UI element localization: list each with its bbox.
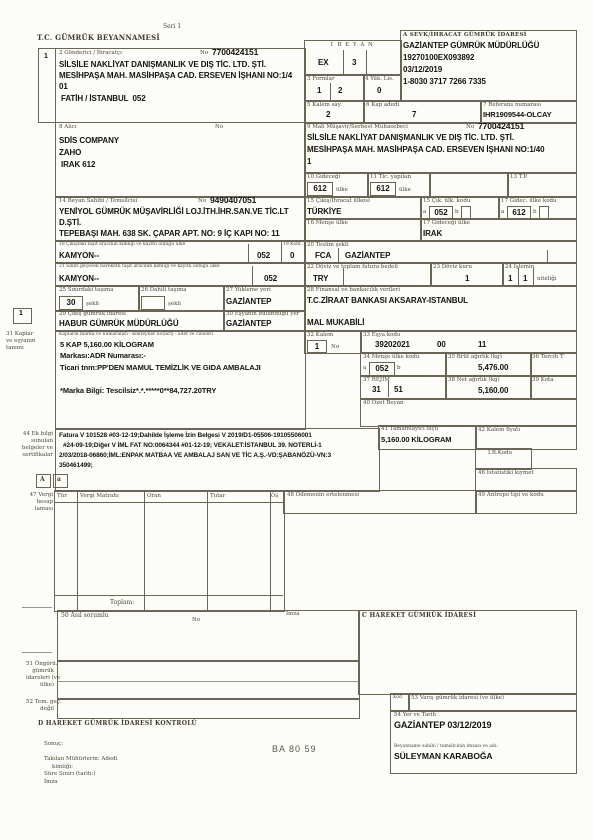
boxC-label: C HAREKET GÜMRÜK İDARESİ [362,612,476,620]
boxA-label: A SEVK/İHRACAT GÜMRÜK İDARESİ [403,32,527,39]
box53-label: 53 Varış gümrük idaresi (ve ülke) [411,695,504,702]
box9-line1: SİLSİLE NAKLİYAT DANIŞMANLIK VE DIŞ TİC.… [307,133,514,142]
box32-no-label: No [331,344,339,351]
box52-side-label: 52 Tem. geç.değil [26,699,54,713]
box9-no-label: No [466,124,474,131]
box44-line3: 2/03/2018-06860;İML:ENPAK MATBAA VE AMBA… [59,452,331,459]
box1-divider2 [366,50,367,74]
box2-label: 2 Gönderici / İhracatçı [59,50,122,57]
box18-divider [248,244,249,262]
box34-label: 34 Menşe ülke kodu [363,354,419,361]
box17-value: IRAK [423,229,442,238]
box3-value2: 2 [338,86,342,95]
box28-line1: T.C.ZİRAAT BANKASI AKSARAY-ISTANBUL [307,296,468,305]
box51-side3: idareleri (ve [26,675,60,681]
box17-label: 17 Gideceği ülke [423,220,470,227]
box6-value: 7 [412,110,416,119]
box43-label: İ.B.Kodu [488,450,512,457]
box28-label: 28 Finansal ve bankacılık verileri [307,287,400,294]
box37-divider [388,381,389,397]
box9-line3: 1 [307,157,311,166]
box51-side-label: 51 Öngörü.gümrükidareleri (veülke) [26,661,54,690]
margin-dash-1 [22,607,52,608]
box44-side-label: 44 Ek bilgisunulanbelgeler vesertifikala… [8,431,53,460]
box44-side4: sertifikalar [22,452,53,458]
box27-label: 27 Yükleme yeri [226,287,271,294]
box7-label: 7 Referans numarası [483,102,541,109]
box47-side1: 47 Vergi [30,492,53,498]
box15-label: 15 Çıkış/İhracat ülkesi [307,198,370,205]
box31-line4: *Marka Bilgi: Tescilsiz*.*.*****0**84,72… [60,386,216,395]
box2-no-value: 7700424151 [212,47,258,57]
box23-value: 1 [465,274,469,283]
box4-value: 0 [377,86,381,95]
tax-col-os: ÖŞ [271,493,279,499]
box26-empty-cell [141,296,165,310]
boxD-signature-label: İmza [44,779,58,786]
box34-a: a [363,365,366,372]
boxC-departure-office [358,610,577,695]
box30-value: GAZİANTEP [226,319,271,328]
tax-col-amount: Tutar [210,493,225,500]
tax-table-col4-line [270,490,271,610]
box24-value1: 1 [508,274,512,283]
box10-suffix: ülke [336,187,348,194]
tax-col-rate: Oran [147,493,161,500]
box54-sign-label: Beyanname sahibi / temsilcinin imzası ve… [394,744,498,750]
box18-country-code: 052 [257,251,270,260]
box17a-a: a [501,209,504,216]
box14-line2: D.ŞTİ. [59,218,81,227]
box33-value2: 00 [437,340,446,349]
box16-label: 16 Menşe ülke [307,220,348,227]
box26-suffix: şekli [168,301,181,308]
box32-label: 32 Kalem [307,332,333,339]
box51-transit-offices [57,660,360,700]
box49-label: 49 Antrepo tipi ve kodu [478,492,544,499]
box31-side1: 31 Kaplar [6,331,33,337]
kod-label: Kod [393,695,402,701]
box14-no-label: No [198,198,206,205]
margin-dash-2 [22,652,52,653]
box31-side3: tanımı [6,345,24,351]
box50-no-label: No [192,617,200,624]
boxA-date: 03/12/2019 [403,65,442,74]
tax-table-col1-line [77,490,78,610]
item-marker: 1 [19,310,23,317]
box29-value: HABUR GÜMRÜK MÜDÜRLÜĞÜ [59,319,179,328]
box14-no-value: 9490407051 [210,195,256,205]
box2-no-label: No [200,50,208,57]
tax-table-col2-line [144,490,145,610]
box4-label: 4 Yük. Lis. [365,76,394,83]
box23-label: 23 Döviz kuru [433,264,472,271]
box20-divider2 [547,250,548,262]
box2-line3: 01 [59,82,68,91]
box44-side1: 44 Ek bilgi [23,431,53,437]
box11-suffix: ülke [399,187,411,194]
box24-label: 24 İşlemin [505,264,534,271]
box44-line1: Fatura V 101528 #03-12-19;Dahilde İşleme… [59,432,312,439]
box2-line1: SİLSİLE NAKLİYAT DANIŞMANLIK VE DIŞ TİC.… [59,60,266,69]
boxA-registration-number: 19270100EX093892 [403,53,474,62]
copy-number: 1 [44,53,48,60]
box1-divider1 [343,50,344,74]
form-code: BA 80 59 [272,744,317,754]
box44-side2: sunulan [31,438,53,444]
box10-label: 10 Gideceği [307,174,340,181]
box38-value: 5,160.00 [478,386,508,395]
box47-tax-table [54,490,285,612]
box37-value2: 51 [394,385,403,394]
box50-label: 50 Asıl sorumlu [61,612,109,620]
box34-b: b [397,365,401,372]
boxA-office-name: GAZİANTEP GÜMRÜK MÜDÜRLÜĞÜ [403,41,539,50]
box14-line1: YENİYOL GÜMRÜK MÜŞAVİRLİĞİ LOJ.İTH.İHR.S… [59,207,288,216]
box25-label: 25 Sınırdaki taşıma [59,287,113,294]
box20-value2: GAZİANTEP [345,251,390,260]
box20-label: 20 Teslim şekli [307,242,348,249]
tax-table-total-line [54,595,283,596]
box17a-b: b [533,209,537,216]
box54-label: 54 Yer ve Tarih [394,712,436,719]
box5-value: 2 [326,110,330,119]
box28-line2: MAL MUKABİLİ [307,318,364,327]
box24-value2: 1 [523,274,527,283]
box9-label: 9 Mali Müşavir/Serbest Muhasebeci [307,124,408,131]
tax-table-header-line [54,502,283,503]
form-title: T.C. GÜMRÜK BEYANNAMESİ [37,33,160,42]
box33-label: 33 Eşya kodu [363,332,400,339]
box48-label: 48 Ödemenin ertelenmesi [287,492,359,499]
boxD-timelimit-label: Süre Sınırı (tarih:) [44,771,95,778]
box9-line2: MESİHPAŞA MAH. MASİHPAŞA CAD. ERSEVEN İŞ… [307,145,545,154]
box1-label: 1 B E Y A N [304,42,400,49]
box1-value2: 3 [352,58,356,67]
box33-value1: 39202021 [375,340,410,349]
customs-declaration-scan: Seri 1 T.C. GÜMRÜK BEYANNAMESİ 1 2 Gönde… [0,0,593,840]
box13-label: 13 T.P. [510,174,528,181]
box19-value: 0 [290,251,294,260]
box8-line1: SDİS COMPANY [59,136,119,145]
box8-no-label: No [215,124,223,131]
box31-line1: 5 KAP 5,160.00 KİLOGRAM [60,340,154,349]
box37-label: 37 REJİM [363,377,390,384]
box39-label: 39 Kota [532,377,554,384]
boxD-identity-label: kimliği: [52,764,73,771]
box31-line3: Ticari tnm:PP'DEN MAMUL TEMİZLİK VE GIDA… [60,363,261,372]
box31-line2: Markası:ADR Numarası:- [60,351,146,360]
box30-label: 30 Eşyanın bulunduğu yer [226,311,299,318]
box21-divider [252,266,253,285]
box3-label: 3 Formlar [307,76,335,83]
box2-line4: FATİH / İSTANBUL 052 [61,94,146,103]
box7-value: IHR1909544-OLCAY [483,110,552,119]
boxD-label: D HAREKET GÜMRÜK İDARESİ KONTROLÜ [38,720,197,728]
box10-value: 612 [307,182,333,196]
box31-side-label: 31 Kaplarve eşyanıntanımı [6,331,53,352]
box51-side4: ülke) [40,682,54,688]
box31-label: Kapların marka ve numaraları - konteyner… [59,332,213,338]
box2-line2: MESİHPAŞA MAH. MASİHPAŞA CAD. ERSEVEN İŞ… [59,71,292,80]
box21-value: KAMYON-- [59,274,99,283]
box15-value: TÜRKİYE [307,207,341,216]
box52-side1: 52 Tem. geç. [26,699,62,705]
box34-value: 052 [369,362,395,376]
box24-divider2 [533,268,534,285]
box51-side2: gümrük [32,668,54,674]
box40-label: 40 Özet Beyan [363,400,404,407]
box11-value: 612 [370,182,396,196]
box5-label: 5 Kalem say. [307,102,342,109]
box19-label: 19 Kont. [283,242,302,248]
box14-label: 14 Beyan Sahibi / Temsilcisi [59,198,137,205]
box3-value1: 1 [317,86,321,95]
box14-line3: TEPEBAŞI MAH. 638 SK. ÇAPAR APT. NO: 9 İ… [59,229,280,238]
box44-flag-A: A [40,476,45,484]
box20-divider1 [338,248,339,262]
box25-value: 30 [59,296,83,310]
box50-imza-label: İmza [286,611,300,618]
box52-side2: değil [40,706,54,712]
box51-inner-line [57,681,358,682]
box15a-b: b [455,209,459,216]
box44-flag-a: a [57,476,61,484]
box35-value: 5,476.00 [478,363,508,372]
box3-divider [330,83,331,100]
box8-line2: ZAHO [59,148,81,157]
box33-value3: 11 [478,340,486,349]
boxD-result-label: Sonuç: [44,741,63,748]
box8-line3: IRAK 612 [61,160,95,169]
box46-label: 46 İstatistiki kıymet [478,470,534,477]
tax-col-type: Tür [57,493,67,500]
box21-country-code: 052 [264,274,277,283]
box8-label: 8 Alıcı [59,124,77,131]
box21-label: 21 Sınırı geçecek hareketli taşıt aracın… [59,264,220,270]
box54-signatory-name: SÜLEYMAN KARABOĞA [394,751,492,761]
box24-suffix: niteliği [537,276,557,283]
tax-table-col3-line [207,490,208,610]
box47-side2: hesap [37,499,53,505]
box31-side2: ve eşyanın [6,338,35,344]
box11-label: 11 Tic. yapılan [370,174,411,181]
box17a-label: 17 Gidec. ülke kodu [501,198,557,205]
box29-label: 29 Çıkış gümrük idaresi [59,311,126,318]
box37-value1: 31 [372,385,381,394]
box52-guarantee [57,698,360,719]
box9-no-value: 7700424151 [478,121,524,131]
box36-label: 36 Tercih T [532,354,564,361]
box12-empty [429,172,509,198]
box27-value: GAZİANTEP [226,297,271,306]
box22-value: TRY [313,274,328,283]
box35-label: 35 Brüt ağırlık (kg) [448,354,502,361]
box6-label: 6 Kap adedi [366,102,399,109]
box15a-label: 15 Çık. ülk. kodu [423,198,470,205]
box22-divider [343,268,344,285]
box25-suffix: şekli [86,301,99,308]
box22-label: 22 Döviz ve toplam fatura bedeli [307,264,398,271]
boxD-seals-label: Takılan Mühürlerin: Adedi [44,756,117,763]
box51-side1: 51 Öngörü. [26,661,58,667]
box44-line2: #24-09-19;Diğer V İML FAT NO:0064344 #01… [63,442,322,449]
box18-label: 18 Çıkıştaki taşıt aracının kimliği ve k… [59,242,185,248]
box1-value1: EX [318,58,328,67]
box15a-a: a [423,209,426,216]
box44-side3: belgeler ve [22,445,53,451]
box41-label: 41 Tamamlayıcı ölçü [381,426,438,433]
box47-side3: laması [35,506,53,512]
box18-value: KAMYON-- [59,251,99,260]
box20-value1: FCA [315,251,331,260]
serial-label: Seri 1 [163,23,181,31]
box47-side-label: 47 Vergihesaplaması [28,492,53,513]
boxA-barcode-number: 1-8030 3717 7266 7335 [403,77,486,86]
box42-label: 42 Kalem fiyatı [478,427,520,434]
box32-value: 1 [307,340,327,353]
box24-divider1 [518,268,519,285]
box54-place-date-value: GAZİANTEP 03/12/2019 [394,720,491,730]
tax-total-label: Toplam: [110,599,134,607]
box44-line4: 350461499; [59,462,93,469]
tax-col-base: Vergi Matrahı [80,493,119,500]
box26-label: 26 Dahili taşıma [141,287,187,294]
box41-value: 5,160.00 KİLOGRAM [381,435,451,444]
box38-label: 38 Net ağırlık (kg) [448,377,500,384]
